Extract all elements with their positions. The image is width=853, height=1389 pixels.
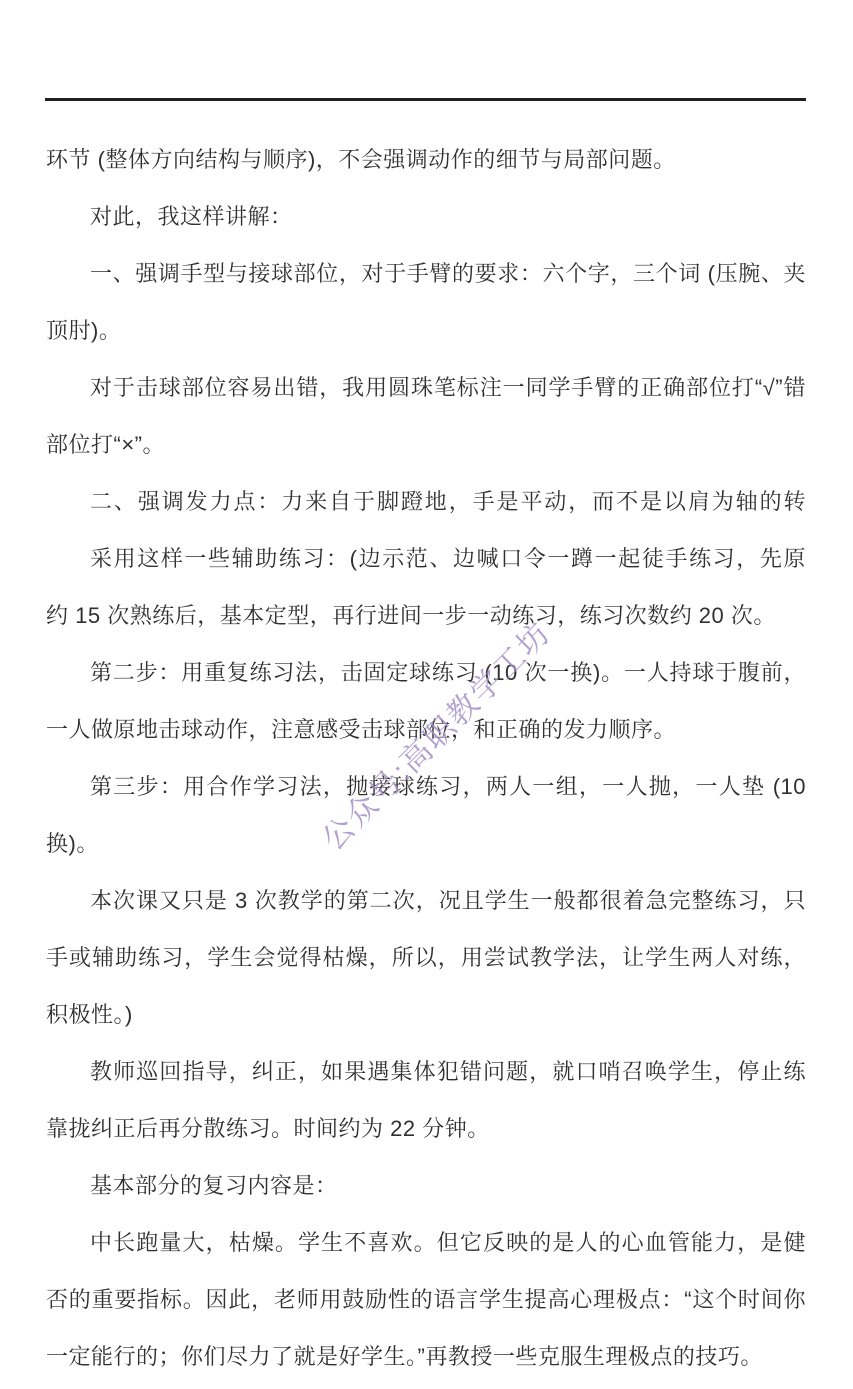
text-line: 基本部分的复习内容是： xyxy=(46,1157,806,1214)
document-body: 环节 (整体方向结构与顺序)，不会强调动作的细节与局部问题。对此，我这样讲解：一… xyxy=(46,131,806,1385)
text-line: 换)。 xyxy=(46,815,806,872)
text-line: 中长跑量大，枯燥。学生不喜欢。但它反映的是人的心血管能力，是健康与 xyxy=(46,1214,806,1271)
text-line: 部位打“×”。 xyxy=(46,416,806,473)
document-page: 环节 (整体方向结构与顺序)，不会强调动作的细节与局部问题。对此，我这样讲解：一… xyxy=(0,0,853,1389)
text-line: 对此，我这样讲解： xyxy=(46,188,806,245)
text-line: 手或辅助练习，学生会觉得枯燥，所以，用尝试教学法，让学生两人对练，提高 xyxy=(46,929,806,986)
text-line: 二、强调发力点：力来自于脚蹬地，手是平动，而不是以肩为轴的转动。 xyxy=(46,473,806,530)
text-line: 否的重要指标。因此，老师用鼓励性的语言学生提高心理极点：“这个时间你们 xyxy=(46,1271,806,1328)
text-line: 靠拢纠正后再分散练习。时间约为 22 分钟。 xyxy=(46,1100,806,1157)
text-line: 一人做原地击球动作，注意感受击球部位，和正确的发力顺序。 xyxy=(46,701,806,758)
text-line: 第二步：用重复练习法，击固定球练习 (10 次一换)。一人持球于腹前，另 xyxy=(46,644,806,701)
text-line: 顶肘)。 xyxy=(46,302,806,359)
text-line: 一定能行的；你们尽力了就是好学生。”再教授一些克服生理极点的技巧。 xyxy=(46,1328,806,1385)
text-line: 第三步：用合作学习法，抛接球练习，两人一组，一人抛，一人垫 (10 次一 xyxy=(46,758,806,815)
text-line: 积极性。) xyxy=(46,986,806,1043)
text-line: 采用这样一些辅助练习：(边示范、边喊口令一蹲一起徒手练习，先原地、)， xyxy=(46,530,806,587)
text-line: 一、强调手型与接球部位，对于手臂的要求：六个字，三个词 (压腕、夹臂、 xyxy=(46,245,806,302)
text-line: 本次课又只是 3 次教学的第二次，况且学生一般都很着急完整练习，只练徒 xyxy=(46,872,806,929)
text-line: 对于击球部位容易出错，我用圆珠笔标注一同学手臂的正确部位打“√”错误 xyxy=(46,359,806,416)
text-line: 环节 (整体方向结构与顺序)，不会强调动作的细节与局部问题。 xyxy=(46,131,806,188)
text-line: 约 15 次熟练后，基本定型，再行进间一步一动练习，练习次数约 20 次。 xyxy=(46,587,806,644)
top-divider-rule xyxy=(45,98,806,101)
text-line: 教师巡回指导，纠正，如果遇集体犯错问题，就口哨召唤学生，停止练习， xyxy=(46,1043,806,1100)
